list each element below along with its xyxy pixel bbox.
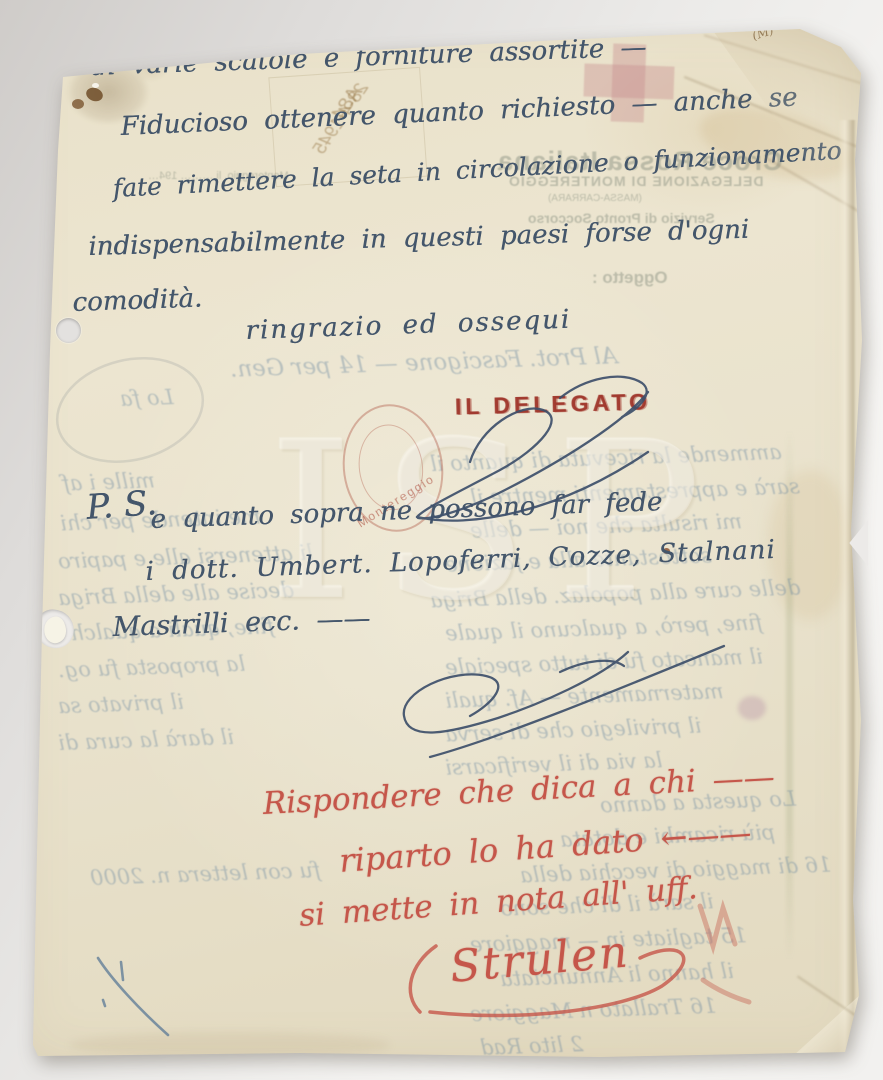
scan-photo: Croce Rossa Italiana DELEGAZIONE DI MONT… xyxy=(0,0,883,1080)
blue-pencil-slash xyxy=(98,958,168,1035)
letter-paper-wrap: Croce Rossa Italiana DELEGAZIONE DI MONT… xyxy=(0,0,883,1080)
delegate-signature xyxy=(417,377,648,521)
ps-signature xyxy=(404,646,724,757)
pencil-oval-bleed xyxy=(46,344,214,477)
punch-hole-top xyxy=(56,318,81,343)
red-bleed-strokes xyxy=(700,906,749,1002)
letter-paper: Croce Rossa Italiana DELEGAZIONE DI MONT… xyxy=(0,0,883,1080)
red-signature-flourish xyxy=(410,946,683,1016)
ink-signature-strokes xyxy=(0,0,883,1080)
